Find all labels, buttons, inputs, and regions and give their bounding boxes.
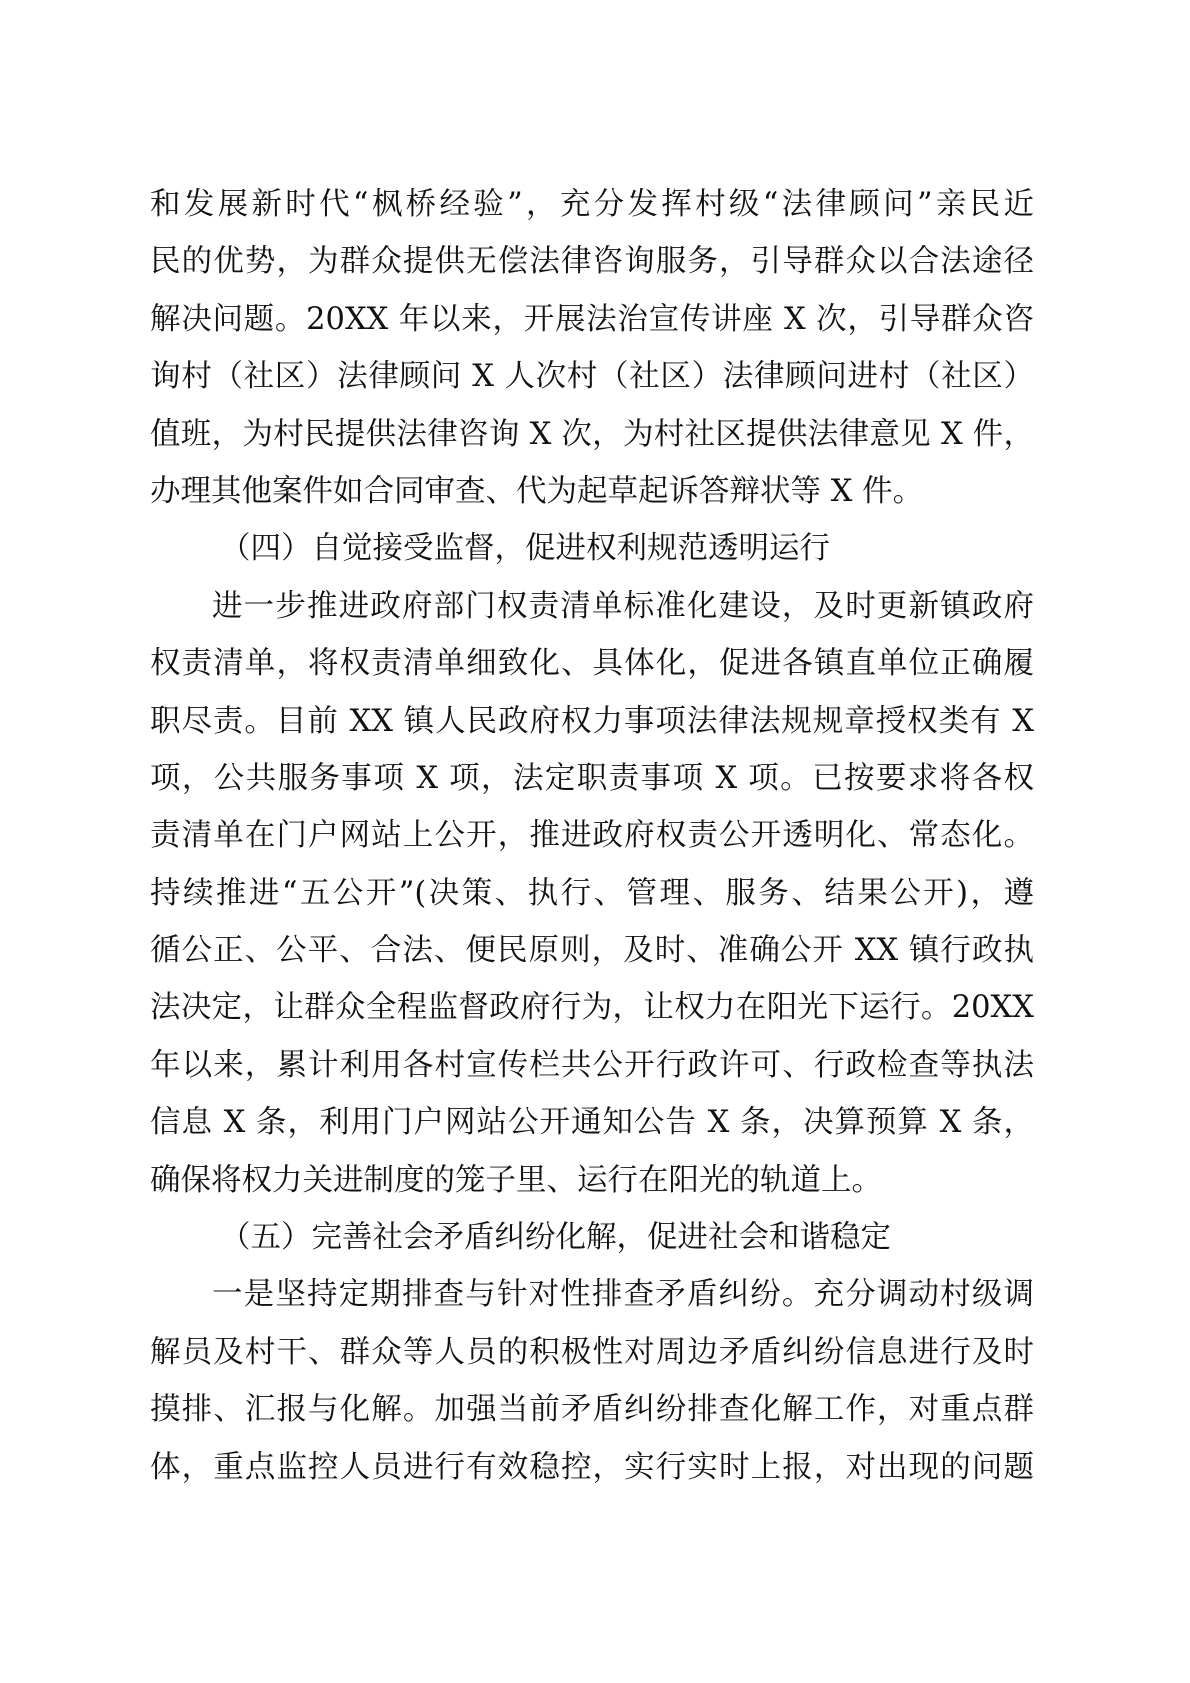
text-line: 和发展新时代“枫桥经验”，充分发挥村级“法律顾问”亲民近 — [150, 176, 1034, 233]
paragraph-power-list: 进一步推进政府部门权责清单标准化建设，及时更新镇政府 权责清单，将权责清单细致化… — [150, 578, 1034, 1209]
section-heading-4: （四）自觉接受监督，促进权利规范透明运行 — [150, 520, 1034, 577]
text-line: 进一步推进政府部门权责清单标准化建设，及时更新镇政府 — [150, 578, 1034, 635]
text-line: 职尽责。目前 XX 镇人民政府权力事项法律法规规章授权类有 X — [150, 693, 1034, 750]
text-line: 民的优势，为群众提供无偿法律咨询服务，引导群众以合法途径 — [150, 233, 1034, 290]
text-line: 责清单在门户网站上公开，推进政府权责公开透明化、常态化。 — [150, 807, 1034, 864]
text-line: 摸排、汇报与化解。加强当前矛盾纠纷排查化解工作，对重点群 — [150, 1381, 1034, 1438]
text-line: 解决问题。20XX 年以来，开展法治宣传讲座 X 次，引导群众咨 — [150, 291, 1034, 348]
document-page: 和发展新时代“枫桥经验”，充分发挥村级“法律顾问”亲民近 民的优势，为群众提供无… — [150, 176, 1034, 1496]
text-line: 办理其他案件如合同审查、代为起草起诉答辩状等 X 件。 — [150, 463, 1034, 520]
text-line: 权责清单，将权责清单细致化、具体化，促进各镇直单位正确履 — [150, 635, 1034, 692]
text-line: 一是坚持定期排查与针对性排查矛盾纠纷。充分调动村级调 — [150, 1266, 1034, 1323]
text-line: 值班，为村民提供法律咨询 X 次，为村社区提供法律意见 X 件， — [150, 406, 1034, 463]
text-line: 信息 X 条，利用门户网站公开通知公告 X 条，决算预算 X 条， — [150, 1094, 1034, 1151]
paragraph-legal-advisor: 和发展新时代“枫桥经验”，充分发挥村级“法律顾问”亲民近 民的优势，为群众提供无… — [150, 176, 1034, 520]
text-line: 体，重点监控人员进行有效稳控，实行实时上报，对出现的问题 — [150, 1439, 1034, 1496]
text-line: 持续推进“五公开”(决策、执行、管理、服务、结果公开)，遵 — [150, 865, 1034, 922]
text-line: 解员及村干、群众等人员的积极性对周边矛盾纠纷信息进行及时 — [150, 1324, 1034, 1381]
text-line: 年以来，累计利用各村宣传栏共公开行政许可、行政检查等执法 — [150, 1037, 1034, 1094]
paragraph-dispute-resolution: 一是坚持定期排查与针对性排查矛盾纠纷。充分调动村级调 解员及村干、群众等人员的积… — [150, 1266, 1034, 1496]
text-line: 法决定，让群众全程监督政府行为，让权力在阳光下运行。20XX — [150, 979, 1034, 1036]
text-line: 询村（社区）法律顾问 X 人次村（社区）法律顾问进村（社区） — [150, 348, 1034, 405]
text-line: 项，公共服务事项 X 项，法定职责事项 X 项。已按要求将各权 — [150, 750, 1034, 807]
text-line: 循公正、公平、合法、便民原则，及时、准确公开 XX 镇行政执 — [150, 922, 1034, 979]
section-heading-5: （五）完善社会矛盾纠纷化解，促进社会和谐稳定 — [150, 1209, 1034, 1266]
text-line: 确保将权力关进制度的笼子里、运行在阳光的轨道上。 — [150, 1152, 1034, 1209]
